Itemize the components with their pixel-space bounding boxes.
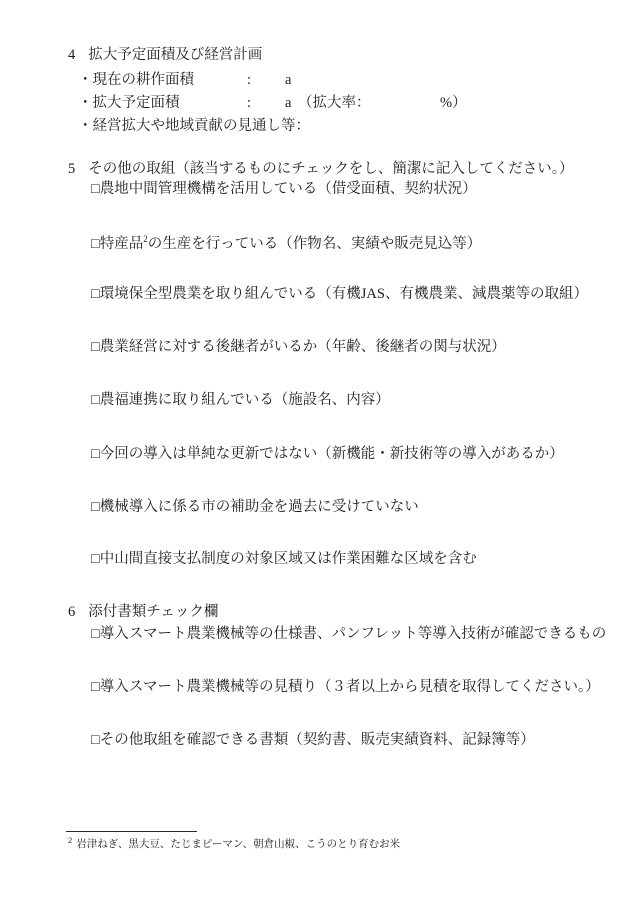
checkbox-item: □農福連携に取り組んでいる（施設名、内容） <box>91 391 390 410</box>
checkbox[interactable]: □ <box>91 445 100 464</box>
document-page: 4拡大予定面積及び経営計画 ・現在の耕作面積 : a ・拡大予定面積 : a （… <box>0 0 630 903</box>
checkbox-label: 環境保全型農業を取り組んでいる（有機JAS、有機農業、減農薬等の取組） <box>100 286 588 302</box>
bullet-icon: ・ <box>78 72 93 88</box>
field-colon: : <box>247 94 251 113</box>
checkbox[interactable]: □ <box>91 180 100 199</box>
checkbox[interactable]: □ <box>91 731 100 750</box>
section-number: 4 <box>68 47 75 63</box>
checkbox-item: □今回の導入は単純な更新ではない（新機能・新技術等の導入があるか） <box>91 445 564 464</box>
checkbox[interactable]: □ <box>91 235 100 254</box>
footnote-text: 岩津ねぎ、黒大豆、たじまピーマン、朝倉山椒、こうのとり育むお米 <box>76 839 400 850</box>
checkbox-item: □農業経営に対する後継者がいるか（年齢、後継者の関与状況） <box>91 338 506 357</box>
checkbox-item: □導入スマート農業機械等の見積り（３者以上から見積を取得してください。） <box>91 678 600 697</box>
section-title: その他の取組（該当するものにチェックをし、簡潔に記入してください。） <box>88 161 573 177</box>
checkbox-label: 中山間直接支払制度の対象区域又は作業困難な区域を含む <box>100 551 477 567</box>
checkbox-label: その他取組を確認できる書類（契約書、販売実績資料、記録簿等） <box>100 732 535 748</box>
expansion-rate-label: （拡大率： <box>298 94 371 113</box>
checkbox-item: □環境保全型農業を取り組んでいる（有機JAS、有機農業、減農薬等の取組） <box>91 285 588 304</box>
checkbox-item: □導入スマート農業機械等の仕様書、パンフレット等導入技術が確認できるもの <box>91 625 606 644</box>
checkbox-label: 今回の導入は単純な更新ではない（新機能・新技術等の導入があるか） <box>100 446 564 462</box>
footnote: 2岩津ねぎ、黒大豆、たじまピーマン、朝倉山椒、こうのとり育むお米 <box>68 838 400 852</box>
footnote-number: 2 <box>68 835 72 845</box>
checkbox[interactable]: □ <box>91 338 100 357</box>
section-4-heading: 4拡大予定面積及び経営計画 <box>68 46 262 65</box>
checkbox-label: 導入スマート農業機械等の仕様書、パンフレット等導入技術が確認できるもの <box>100 626 606 642</box>
field-row-current-area: ・現在の耕作面積 <box>78 71 194 90</box>
field-row-outlook: ・経営拡大や地域貢献の見通し等： <box>78 117 310 136</box>
footnote-separator <box>66 831 197 832</box>
unit-label: a <box>285 94 291 113</box>
checkbox[interactable]: □ <box>91 625 100 644</box>
section-number: 5 <box>68 161 75 177</box>
percent-suffix: %） <box>440 94 467 113</box>
bullet-icon: ・ <box>78 118 93 134</box>
field-label: 現在の耕作面積 <box>93 72 195 88</box>
checkbox-item: □その他取組を確認できる書類（契約書、販売実績資料、記録簿等） <box>91 731 535 750</box>
section-number: 6 <box>68 604 75 620</box>
checkbox-label: 導入スマート農業機械等の見積り（３者以上から見積を取得してください。） <box>100 679 600 695</box>
section-title: 拡大予定面積及び経営計画 <box>88 47 262 63</box>
checkbox[interactable]: □ <box>91 678 100 697</box>
checkbox-label: 特産品 <box>100 236 144 252</box>
checkbox-label: 農福連携に取り組んでいる（施設名、内容） <box>100 392 390 408</box>
checkbox-label: 農地中間管理機構を活用している（借受面積、契約状況） <box>100 181 477 197</box>
field-label: 経営拡大や地域貢献の見通し等： <box>93 118 311 134</box>
checkbox[interactable]: □ <box>91 391 100 410</box>
checkbox-item: □中山間直接支払制度の対象区域又は作業困難な区域を含む <box>91 550 477 569</box>
checkbox-item: □機械導入に係る市の補助金を過去に受けていない <box>91 498 419 517</box>
section-5-heading: 5その他の取組（該当するものにチェックをし、簡潔に記入してください。） <box>68 160 574 179</box>
field-label: 拡大予定面積 <box>93 95 180 111</box>
checkbox-label: 農業経営に対する後継者がいるか（年齢、後継者の関与状況） <box>100 339 506 355</box>
checkbox-item: □特産品2の生産を行っている（作物名、実績や販売見込等） <box>91 235 481 254</box>
section-title: 添付書類チェック欄 <box>88 604 218 620</box>
section-6-heading: 6添付書類チェック欄 <box>68 603 218 622</box>
unit-label: a <box>285 71 291 90</box>
checkbox-label: の生産を行っている（作物名、実績や販売見込等） <box>148 236 482 252</box>
checkbox[interactable]: □ <box>91 498 100 517</box>
field-row-planned-area: ・拡大予定面積 <box>78 94 180 113</box>
bullet-icon: ・ <box>78 95 93 111</box>
checkbox[interactable]: □ <box>91 285 100 304</box>
checkbox-label: 機械導入に係る市の補助金を過去に受けていない <box>100 499 419 515</box>
field-colon: : <box>247 71 251 90</box>
checkbox-item: □農地中間管理機構を活用している（借受面積、契約状況） <box>91 180 477 199</box>
checkbox[interactable]: □ <box>91 550 100 569</box>
